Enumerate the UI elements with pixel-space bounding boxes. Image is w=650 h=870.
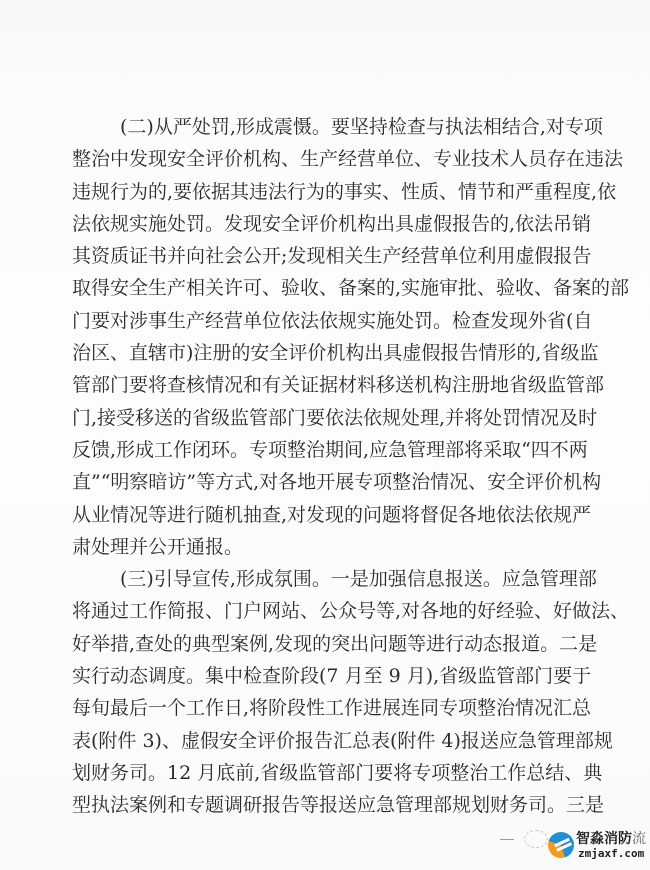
document-page: (二)从严处罚,形成震慑。要坚持检查与执法相结合,对专项 整治中发现安全评价机构…: [0, 0, 650, 870]
paragraph-line: 法依规实施处罚。发现安全评价机构出具虚假报告的,依法吊销: [72, 208, 565, 240]
paragraph-line: 表(附件 3)、虚假安全评价报告汇总表(附件 4)报送应急管理部规: [72, 725, 565, 757]
divider-dash: [500, 839, 514, 840]
paragraph-line: 从业情况等进行随机抽查,对发现的问题将督促各地依法依规严: [72, 499, 565, 531]
wechat-icon: [524, 830, 548, 848]
watermark-url: zmjaxf.com: [578, 847, 644, 860]
paragraph-line: 管部门要将查核情况和有关证据材料移送机构注册地省级监管部: [72, 369, 565, 401]
document-body: (二)从严处罚,形成震慑。要坚持检查与执法相结合,对专项 整治中发现安全评价机构…: [72, 111, 565, 822]
paragraph-line: 整治中发现安全评价机构、生产经营单位、专业技术人员存在违法: [72, 143, 565, 175]
paragraph-line: 直”“明察暗访”等方式,对各地开展专项整治情况、安全评价机构: [72, 466, 565, 498]
paragraph-line: 反馈,形成工作闭环。专项整治期间,应急管理部将采取“四不两: [72, 434, 565, 466]
paragraph-line: 门,接受移送的省级监管部门要依法依规处理,并将处罚情况及时: [72, 402, 565, 434]
paragraph-line: 门要对涉事生产经营单位依法依规实施处罚。检查发现外省(自: [72, 305, 565, 337]
paragraph-line: 肃处理并公开通报。: [72, 531, 565, 563]
paragraph-line: 违规行为的,要依据其违法行为的事实、性质、情节和严重程度,依: [72, 176, 565, 208]
watermark: 智淼消防流 zmjaxf.com: [500, 826, 650, 866]
paragraph-line: 治区、直辖市)注册的安全评价机构出具虚假报告情形的,省级监: [72, 337, 565, 369]
paragraph-line: 型执法案例和专题调研报告等报送应急管理部规划财务司。三是: [72, 789, 565, 821]
paragraph-line: 划财务司。12 月底前,省级监管部门要将专项整治工作总结、典: [72, 757, 565, 789]
paragraph-line: 好举措,查处的典型案例,发现的突出问题等进行动态报道。二是: [72, 628, 565, 660]
paragraph-line: 实行动态调度。集中检查阶段(7 月至 9 月),省级监管部门要于: [72, 660, 565, 692]
paragraph-line: 取得安全生产相关许可、验收、备案的,实施审批、验收、备案的部: [72, 272, 565, 304]
paragraph-line: (二)从严处罚,形成震慑。要坚持检查与执法相结合,对专项: [72, 111, 565, 143]
watermark-name: 智淼消防流: [576, 828, 646, 848]
paragraph-line: 其资质证书并向社会公开;发现相关生产经营单位利用虚假报告: [72, 240, 565, 272]
paragraph-line: 每旬最后一个工作日,将阶段性工作进展连同专项整治情况汇总: [72, 692, 565, 724]
brand-logo-icon: [548, 832, 574, 858]
paragraph-line: (三)引导宣传,形成氛围。一是加强信息报送。应急管理部: [72, 563, 565, 595]
paragraph-line: 将通过工作简报、门户网站、公众号等,对各地的好经验、好做法、: [72, 595, 565, 627]
